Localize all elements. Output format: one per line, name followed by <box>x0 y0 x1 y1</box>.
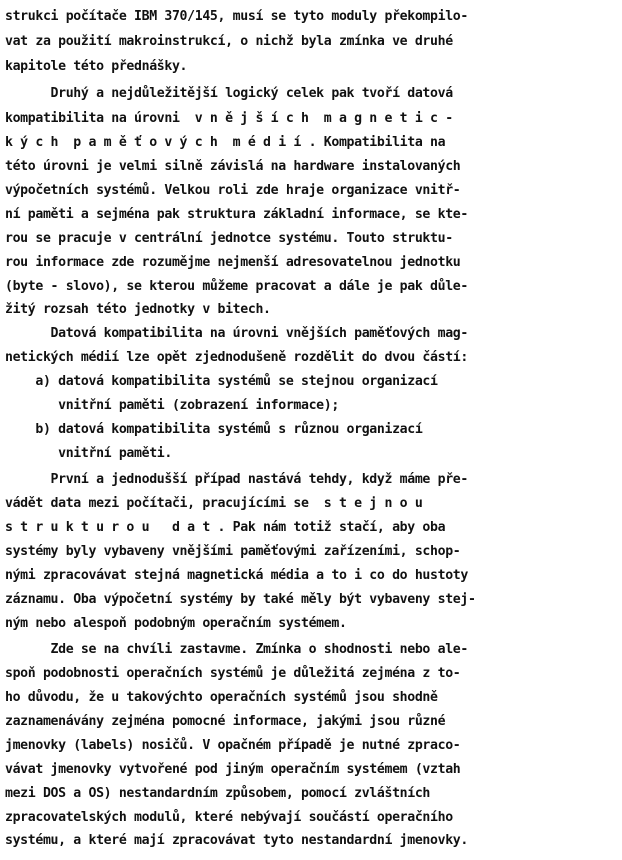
text-line: k ý c h p a m ě ť o v ý c h m é d i í . … <box>5 133 445 153</box>
text-line: kapitole této přednášky. <box>5 57 187 77</box>
list-item-b-cont: vnitřní paměti. <box>5 444 172 464</box>
text-line: mezi DOS a OS) nestandardním způsobem, p… <box>5 784 430 804</box>
text-line: jmenovky (labels) nosičů. V opačném příp… <box>5 736 460 756</box>
text-line: výpočetních systémů. Velkou roli zde hra… <box>5 181 460 201</box>
text-line: spoň podobnosti operačních systémů je dů… <box>5 664 460 684</box>
list-item-b: b) datová kompatibilita systémů s různou… <box>5 420 422 440</box>
text-line: ho důvodu, že u takovýchto operačních sy… <box>5 688 438 708</box>
text-line: s t r u k t u r o u d a t . Pak nám toti… <box>5 518 445 538</box>
text-line: systémy byly vybaveny vnějšími paměťovým… <box>5 542 460 562</box>
typewritten-page: strukci počítače IBM 370/145, musí se ty… <box>0 0 622 860</box>
text-line: záznamu. Oba výpočetní systémy by také m… <box>5 590 476 610</box>
text-line: Datová kompatibilita na úrovni vnějších … <box>5 324 468 344</box>
list-item-a-cont: vnitřní paměti (zobrazení informace); <box>5 396 339 416</box>
text-line: rou informace zde rozumějme nejmenší adr… <box>5 253 460 273</box>
text-line: zaznamenávány zejména pomocné informace,… <box>5 712 445 732</box>
text-line: nými zpracovávat stejná magnetická média… <box>5 566 468 586</box>
text-line: kompatibilita na úrovni v n ě j š í c h … <box>5 109 453 129</box>
text-line: Druhý a nejdůležitější logický celek pak… <box>5 84 453 104</box>
text-line: vávat jmenovky vytvořené pod jiným opera… <box>5 760 460 780</box>
text-line: ní paměti a sejména pak struktura základ… <box>5 205 468 225</box>
text-line: strukci počítače IBM 370/145, musí se ty… <box>5 7 468 27</box>
text-line: netických médií lze opět zjednodušeně ro… <box>5 348 468 368</box>
text-line: rou se pracuje v centrální jednotce syst… <box>5 229 453 249</box>
text-line: vádět data mezi počítači, pracujícími se… <box>5 494 422 514</box>
text-line: První a jednodušší případ nastává tehdy,… <box>5 470 468 490</box>
text-line: ným nebo alespoň podobným operačním syst… <box>5 614 347 634</box>
text-line: systému, a které mají zpracovávat tyto n… <box>5 831 468 851</box>
text-line: této úrovni je velmi silně závislá na ha… <box>5 157 460 177</box>
text-line: (byte - slovo), se kterou můžeme pracova… <box>5 277 468 297</box>
text-line: Zde se na chvíli zastavme. Zmínka o shod… <box>5 640 468 660</box>
list-item-a: a) datová kompatibilita systémů se stejn… <box>5 372 438 392</box>
text-line: vat za použití makroinstrukcí, o nichž b… <box>5 32 453 52</box>
text-line: žitý rozsah této jednotky v bitech. <box>5 300 271 320</box>
text-line: zpracovatelských modulů, které nebývají … <box>5 808 453 828</box>
